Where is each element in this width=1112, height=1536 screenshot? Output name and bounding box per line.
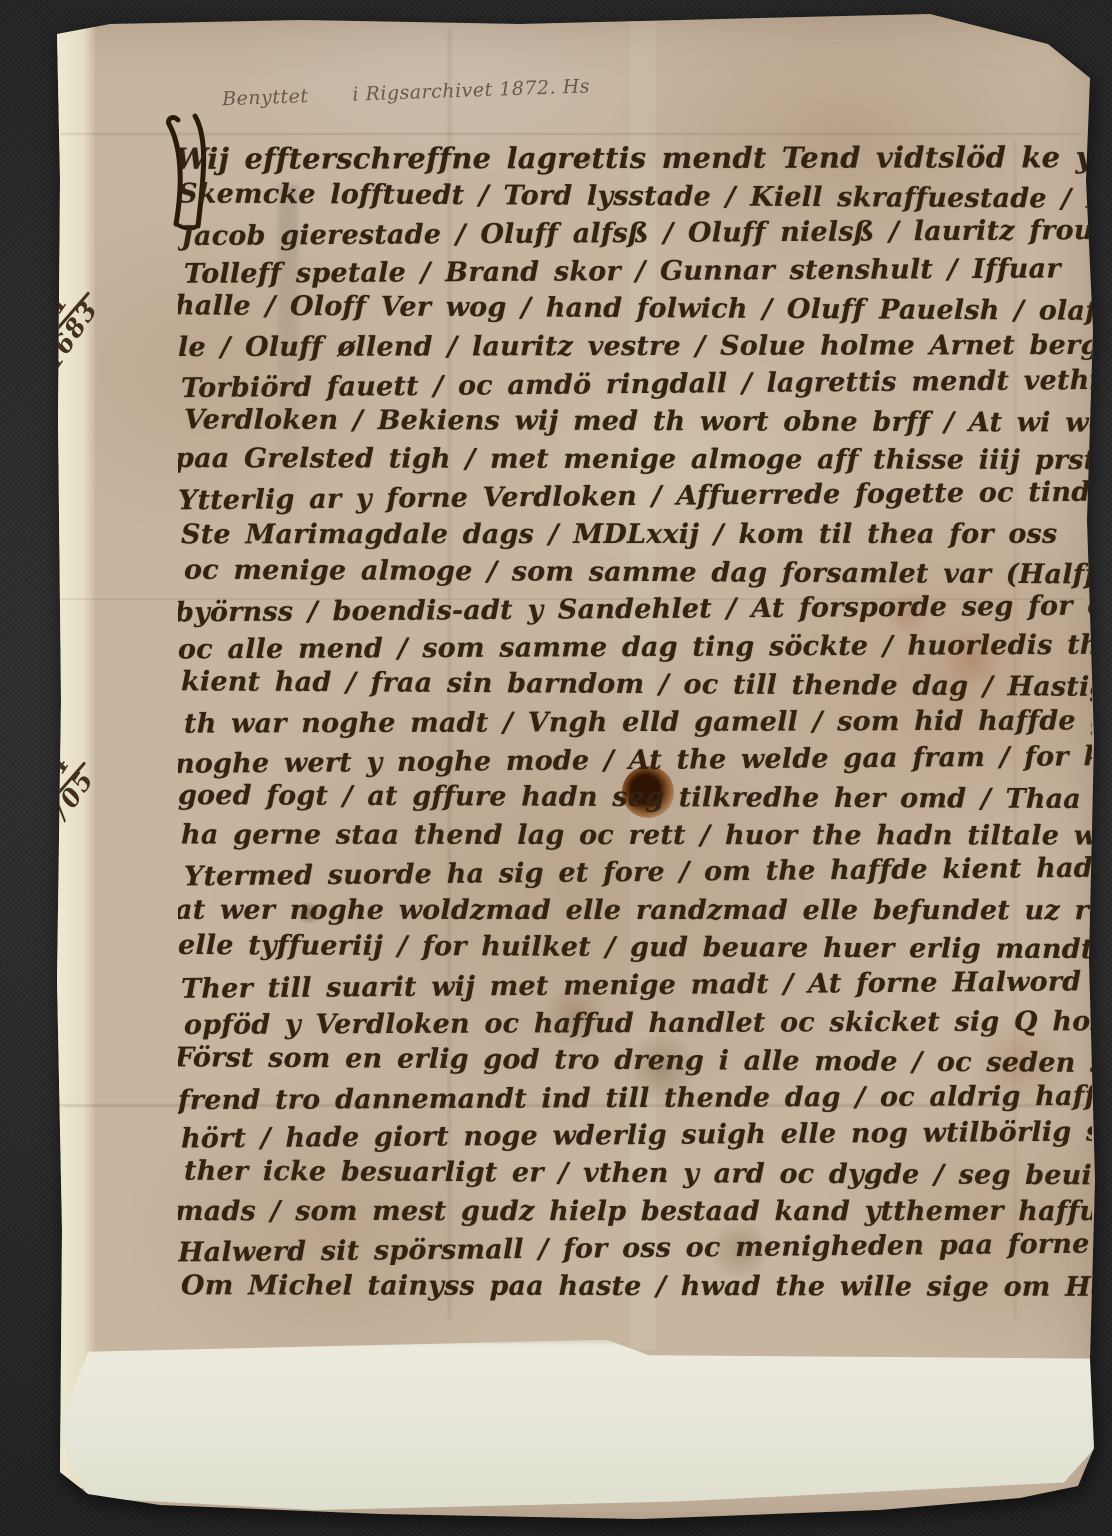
- text-line: ther icke besuarligt er / vthen y ard oc…: [184, 1153, 1092, 1195]
- text-line: Jacob gierestade / Oluff alfsß / Oluff n…: [181, 212, 1092, 256]
- text-line: frend tro dannemandt ind till thende dag…: [178, 1078, 1092, 1120]
- text-line: elle tyffueriij / for huilket / gud beua…: [178, 927, 1092, 969]
- text-line: ha gerne staa thend lag oc rett / huor t…: [181, 816, 1092, 855]
- archival-note: Benytteti Rigsarchivet 1872. Hs: [222, 72, 692, 110]
- text-line: byörnss / boendis-adt y Sandehlet / At f…: [178, 588, 1089, 632]
- text-line: Verdloken / Bekiens wij med th wort obne…: [184, 402, 1092, 443]
- text-line: at wer noghe woldzmad elle randzmad elle…: [178, 892, 1089, 930]
- text-line: hört / hade giort noge wderlig suigh ell…: [181, 1114, 1092, 1159]
- text-line: Halwerd sit spörsmall / for oss oc menig…: [178, 1226, 1092, 1272]
- text-line: oc alle mend / som samme dag ting söckte…: [178, 626, 1092, 668]
- text-line: opföd y Verdloken oc haffud handlet oc s…: [184, 1003, 1092, 1044]
- text-line: Ytterlig ar y forne Verdloken / Affuerre…: [178, 474, 1092, 520]
- text-line: Om Michel tainyss paa haste / hwad the w…: [181, 1267, 1092, 1306]
- fold-crease: [60, 133, 1080, 135]
- archival-note-word: Benyttet: [222, 85, 309, 110]
- text-line: Skemcke lofftuedt / Tord lysstade / Kiel…: [178, 175, 1092, 218]
- text-line: Wij effterschreffne lagrettis mendt Tend…: [178, 140, 1089, 178]
- text-line: oc menige almoge / som samme dag forsaml…: [184, 551, 1092, 593]
- scanned-manuscript-page: Benytteti Rigsarchivet 1872. Hs 1794 111…: [0, 0, 1112, 1536]
- margin-number: 1794: [0, 267, 58, 345]
- archival-note-rest: i Rigsarchivet 1872. Hs: [352, 75, 590, 105]
- text-line: kient had / fraa sin barndom / oc till t…: [181, 664, 1092, 707]
- text-line: Ytermed suorde ha sig et fore / om the h…: [184, 850, 1092, 896]
- ink-flourish: [16, 846, 46, 890]
- text-line: le / Oluff øllend / lauritz vestre / Sol…: [178, 327, 1092, 367]
- text-line: noghe wert y noghe mode / At the welde g…: [178, 738, 1089, 783]
- blank-lower-band: [57, 1338, 1095, 1510]
- parchment-shadow-wrap: Benytteti Rigsarchivet 1872. Hs 1794 111…: [0, 0, 1112, 1536]
- margin-number: 2099: [0, 737, 54, 815]
- parchment-sheet: Benytteti Rigsarchivet 1872. Hs 1794 111…: [0, 0, 1112, 1536]
- text-line: Ther till suarit wij met menige madt / A…: [181, 963, 1092, 1008]
- text-line: goed fogt / at gffure hadn seg tilkredhe…: [178, 777, 1092, 819]
- text-line: Först som en erlig god tro dreng i alle …: [178, 1039, 1089, 1082]
- manuscript-text: Wij effterschreffne lagrettis mendt Tend…: [178, 140, 1092, 1330]
- text-line: Tolleff spetale / Brand skor / Gunnar st…: [184, 250, 1092, 293]
- text-line: paa Grelsted tigh / met menige almoge af…: [178, 440, 1089, 480]
- text-line: halle / Oloff Ver wog / hand folwich / O…: [178, 288, 1089, 331]
- text-line: th war noghe madt / Vngh elld gamell / s…: [184, 702, 1092, 743]
- text-line: Torbiörd fauett / oc amdö ringdall / lag…: [181, 361, 1092, 407]
- text-line: mads / som mest gudz hielp bestaad kand …: [178, 1193, 1089, 1231]
- text-line: Ste Marimagdale dags / MDLxxij / kom til…: [181, 516, 1092, 554]
